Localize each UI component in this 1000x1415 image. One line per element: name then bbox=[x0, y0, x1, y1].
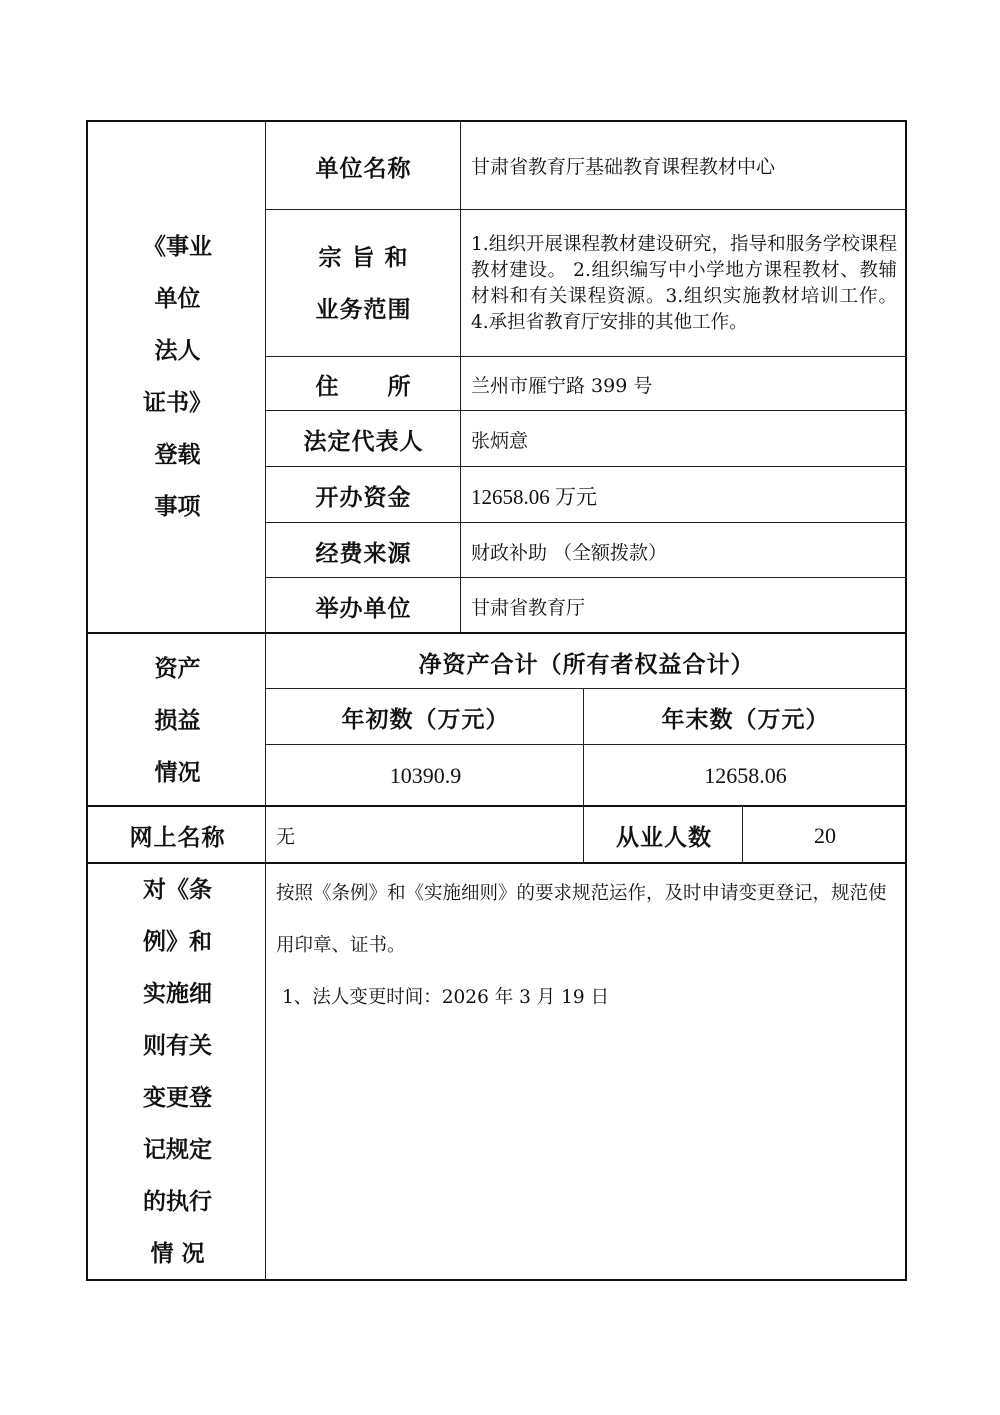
unit-name-label: 单位名称 bbox=[265, 122, 461, 211]
net-assets-header: 净资产合计（所有者权益合计） bbox=[265, 632, 907, 690]
sponsor-unit-value: 甘肃省教育厅 bbox=[460, 577, 907, 634]
business-scope-value: 1.组织开展课程教材建设研究，指导和服务学校课程教材建设。 2.组织编写中小学地… bbox=[460, 209, 907, 357]
side-label-line: 记规定 bbox=[143, 1124, 212, 1176]
assets-section-label: 资产 损益 情况 bbox=[88, 632, 267, 807]
side-label-line: 则有关 bbox=[143, 1020, 212, 1072]
funding-source-value: 财政补助 （全额拨款） bbox=[460, 522, 907, 579]
scope-label-line: 业务范围 bbox=[316, 284, 412, 336]
document-page: 《事业 单位 法人 证书》 登载 事项 单位名称 甘肃省教育厅基础教育课程教材中… bbox=[0, 0, 1000, 1415]
side-label-line: 事项 bbox=[155, 481, 201, 533]
annual-report-table: 《事业 单位 法人 证书》 登载 事项 单位名称 甘肃省教育厅基础教育课程教材中… bbox=[86, 120, 907, 1281]
side-label-line: 例》和 bbox=[143, 916, 212, 968]
side-label-line: 资产 bbox=[155, 643, 201, 695]
unit-name-value: 甘肃省教育厅基础教育课程教材中心 bbox=[460, 122, 907, 211]
side-label-line: 情 况 bbox=[150, 1228, 204, 1280]
scope-label-line: 宗 旨 和 bbox=[318, 232, 408, 284]
legal-representative-value: 张炳意 bbox=[460, 410, 907, 468]
side-label-line: 对《条 bbox=[143, 864, 212, 916]
legal-representative-label: 法定代表人 bbox=[265, 410, 461, 468]
side-label-line: 法人 bbox=[155, 325, 201, 377]
side-label-line: 情况 bbox=[155, 747, 201, 799]
address-value: 兰州市雁宁路 399 号 bbox=[460, 356, 907, 412]
address-label: 住 所 bbox=[265, 356, 461, 412]
change-registration-section-label: 对《条 例》和 实施细 则有关 变更登 记规定 的执行 情 况 bbox=[88, 862, 267, 1279]
funding-source-label: 经费来源 bbox=[265, 522, 461, 579]
start-up-capital-label: 开办资金 bbox=[265, 466, 461, 524]
year-start-value: 10390.9 bbox=[265, 744, 585, 807]
change-item: 1、法人变更时间：2026 年 3 月 19 日 bbox=[276, 972, 609, 1024]
side-label-line: 《事业 bbox=[143, 221, 212, 273]
side-label-line: 登载 bbox=[155, 429, 201, 481]
side-label-line: 单位 bbox=[155, 273, 201, 325]
staff-count-label: 从业人数 bbox=[583, 805, 744, 864]
year-end-header: 年末数（万元） bbox=[583, 688, 907, 746]
start-up-capital-value: 12658.06 万元 bbox=[460, 466, 907, 524]
sponsor-unit-label: 举办单位 bbox=[265, 577, 461, 634]
side-label-line: 的执行 bbox=[143, 1176, 212, 1228]
staff-count-value: 20 bbox=[742, 805, 907, 864]
year-start-header: 年初数（万元） bbox=[265, 688, 585, 746]
online-name-value: 无 bbox=[265, 805, 585, 864]
compliance-paragraph: 按照《条例》和《实施细则》的要求规范运作，及时申请变更登记，规范使用印章、证书。 bbox=[276, 868, 897, 972]
change-registration-content: 按照《条例》和《实施细则》的要求规范运作，及时申请变更登记，规范使用印章、证书。… bbox=[265, 862, 907, 1279]
side-label-line: 损益 bbox=[155, 695, 201, 747]
online-name-label: 网上名称 bbox=[88, 805, 267, 864]
side-label-line: 变更登 bbox=[143, 1072, 212, 1124]
side-label-line: 实施细 bbox=[143, 968, 212, 1020]
side-label-line: 证书》 bbox=[143, 377, 212, 429]
year-end-value: 12658.06 bbox=[583, 744, 907, 807]
registration-section-label: 《事业 单位 法人 证书》 登载 事项 bbox=[88, 122, 267, 632]
business-scope-label: 宗 旨 和 业务范围 bbox=[265, 209, 461, 357]
